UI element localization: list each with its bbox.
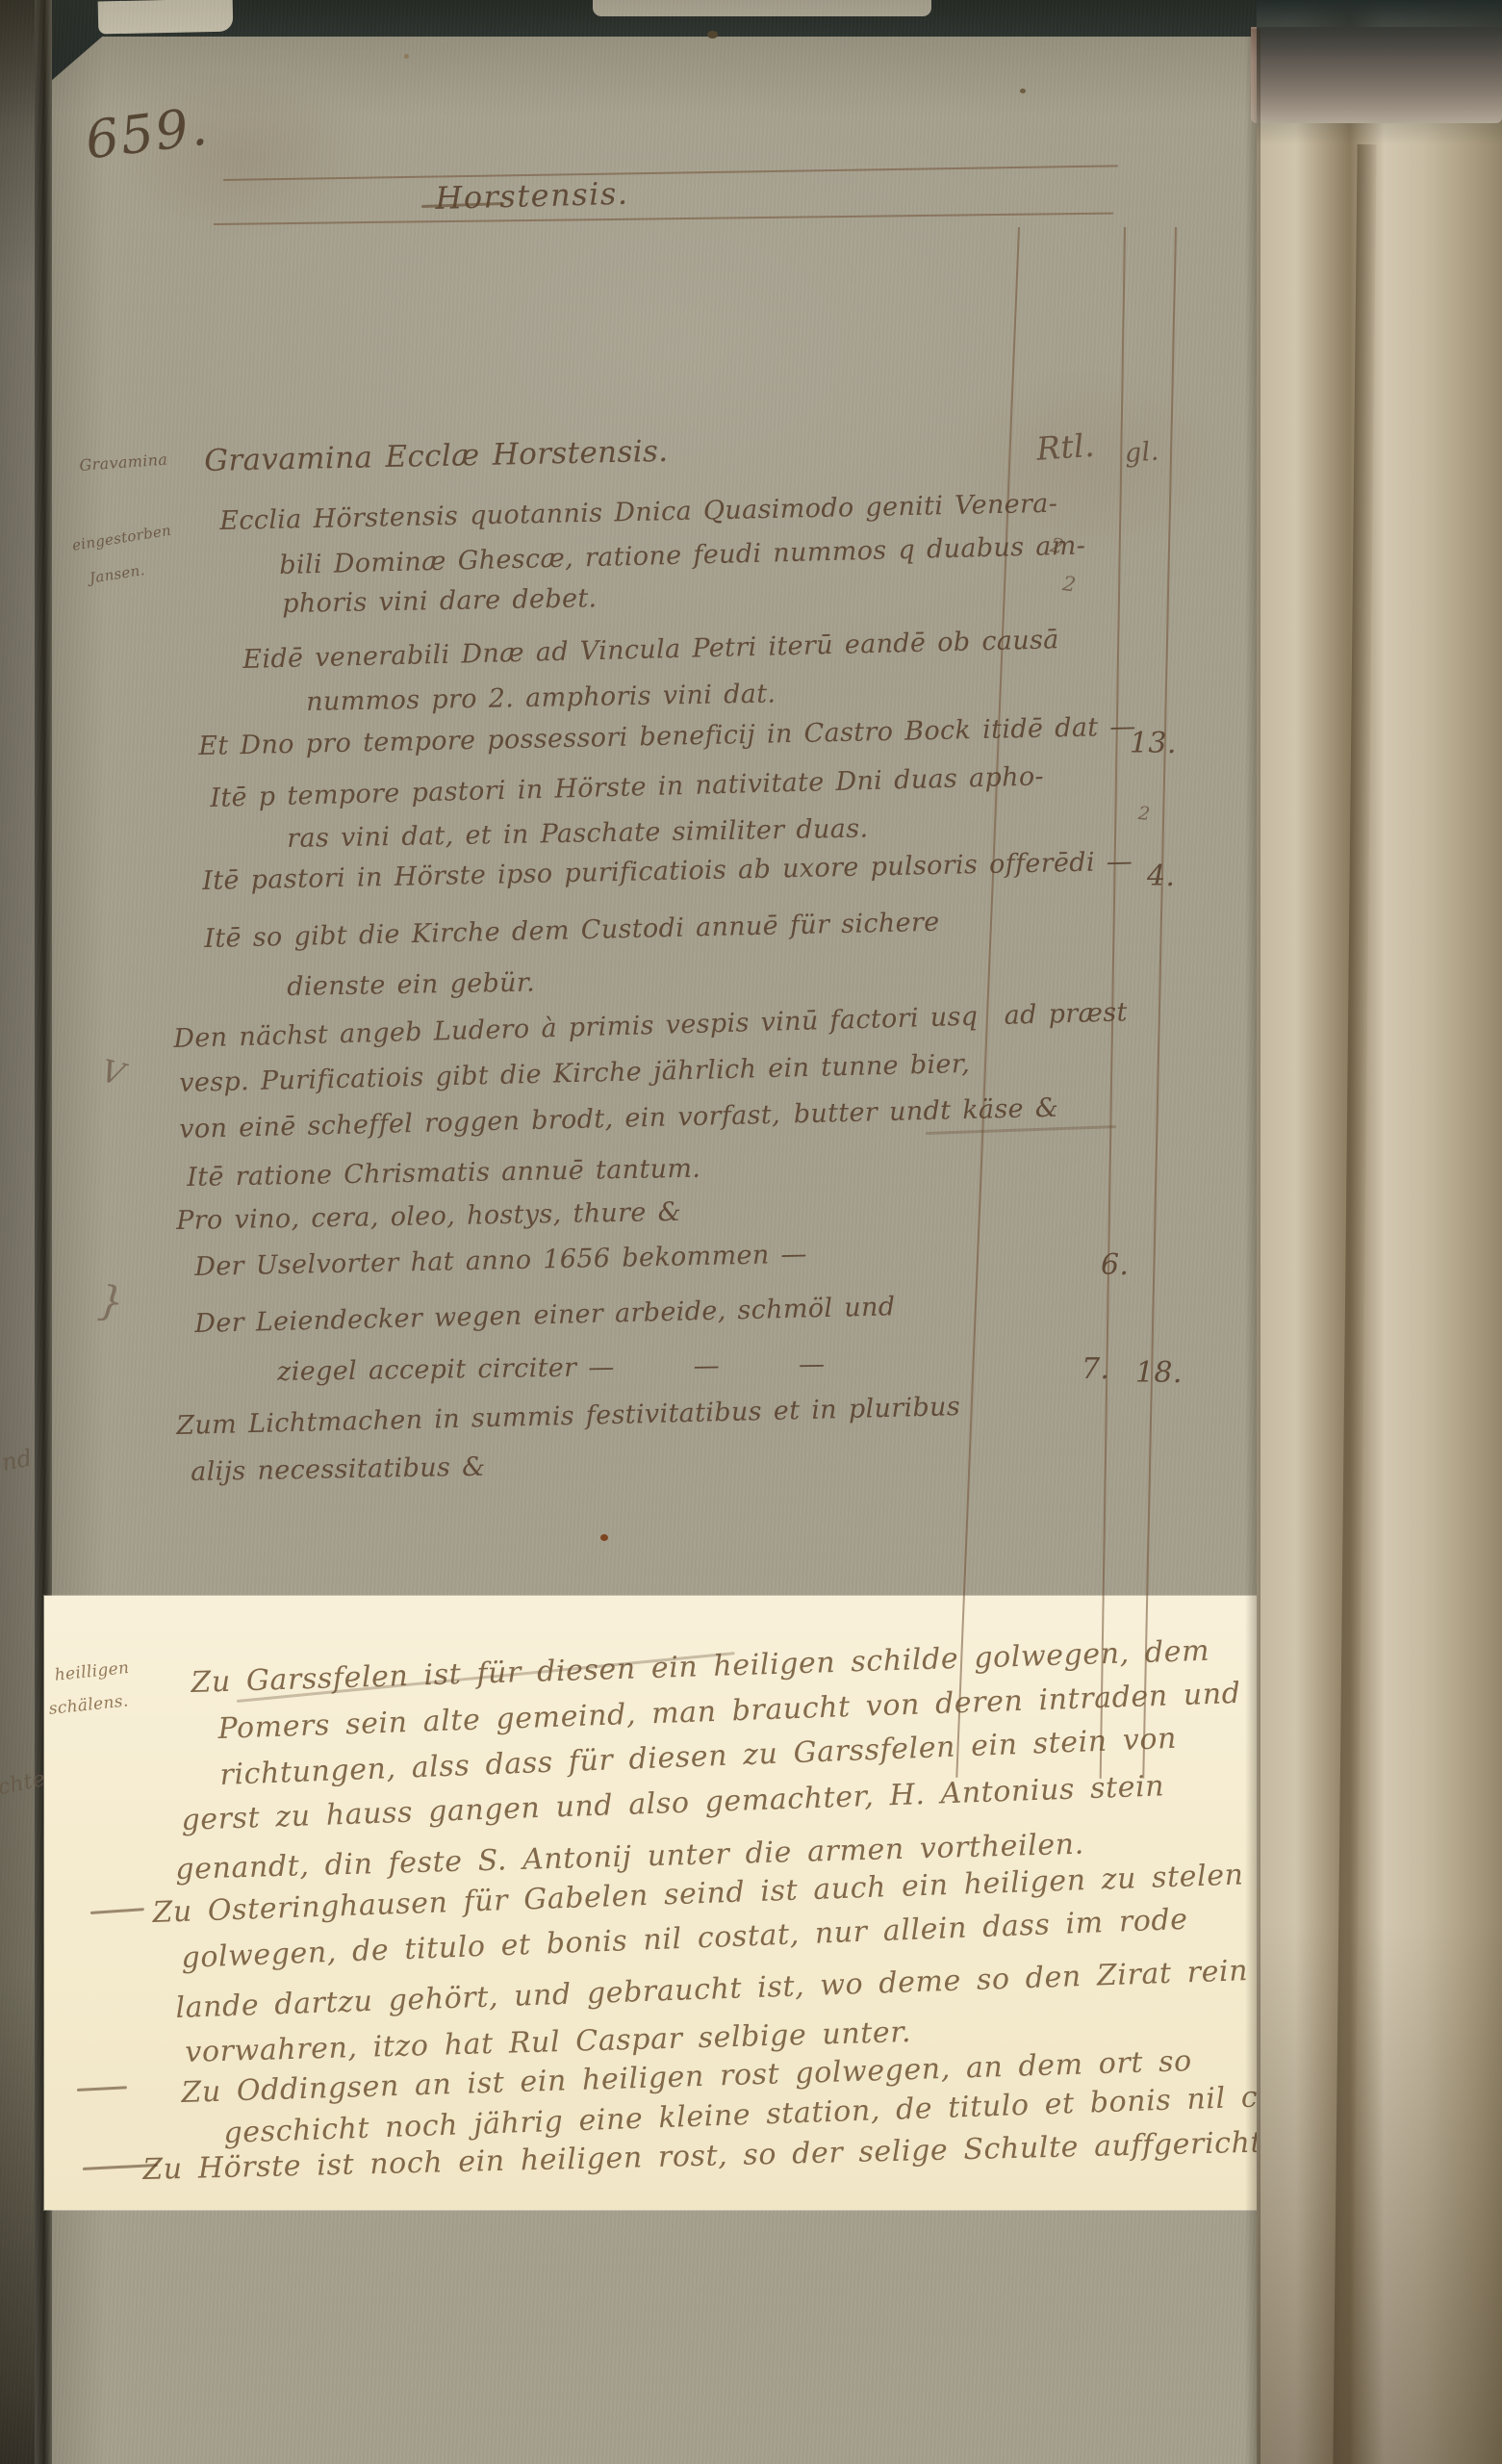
amount-value: 13. xyxy=(1130,730,1177,758)
manuscript-line: dienste ein gebür. xyxy=(287,969,535,999)
manuscript-line: Zum Lichtmachen in summis festivitatibus… xyxy=(176,1394,960,1439)
manuscript-line: Itē so gibt die Kirche dem Custodi annuē… xyxy=(204,910,940,952)
ledger-column-header: gl. xyxy=(1124,439,1159,467)
manuscript-line: Itē ratione Chrismatis annuē tantum. xyxy=(187,1156,700,1191)
manuscript-line: Itē p tempore pastori in Hörste in nativ… xyxy=(210,763,1044,811)
manuscript-line: von einē scheffel roggen brodt, ein vorf… xyxy=(179,1095,1059,1142)
amount-value: 4. xyxy=(1147,862,1175,891)
edge-snippet: nd xyxy=(0,1447,34,1475)
header-rule-bottom xyxy=(214,213,1113,225)
manuscript-line: Der Leiendecker wegen einer arbeide, sch… xyxy=(194,1294,896,1337)
ink-mark: V xyxy=(98,1055,128,1091)
ink-stroke xyxy=(926,1125,1116,1135)
ink-stain-dot xyxy=(1020,89,1026,93)
ink-mark: 2 xyxy=(1061,574,1078,596)
manuscript-line: vesp. Purificatiois gibt die Kirche jähr… xyxy=(179,1051,970,1096)
ink-stain-dot xyxy=(404,54,409,59)
manuscript-line: Ecclia Hörstensis quotannis Dnica Quasim… xyxy=(219,491,1057,534)
amount-value: 6. xyxy=(1101,1251,1129,1280)
ink-stain-dot xyxy=(600,1534,608,1541)
ledger-column-header: Rtl. xyxy=(1035,429,1096,465)
manuscript-line: nummos pro 2. amphoris vini dat. xyxy=(306,680,776,715)
manuscript-line: alijs necessitatibus & xyxy=(191,1454,486,1485)
manuscript-line: bili Dominæ Ghescæ, ratione feudi nummos… xyxy=(279,533,1085,578)
manuscript-line: Eidē venerabili Dnæ ad Vincula Petri ite… xyxy=(242,627,1059,673)
previous-page-edge xyxy=(0,0,38,2464)
manuscript-line: Pro vino, cera, oleo, hostys, thure & xyxy=(176,1199,681,1234)
manuscript-line: Der Uselvorter hat anno 1656 bekommen — xyxy=(194,1242,807,1280)
amount-value: 18. xyxy=(1135,1359,1183,1388)
page-edge-shadow xyxy=(1245,29,1260,2464)
paper-scrap xyxy=(98,0,234,34)
manuscript-line: ras vini dat, et in Paschate similiter d… xyxy=(287,815,869,852)
section-heading: Gravamina Ecclæ Horstensis. xyxy=(204,437,669,476)
ink-stain-dot xyxy=(707,31,718,38)
manuscript-line: Et Dno pro tempore possessori beneficij … xyxy=(198,714,1136,759)
folio-number: 659. xyxy=(83,100,212,167)
manuscript-line: phoris vini dare debet. xyxy=(282,585,598,617)
ink-mark: } xyxy=(96,1280,126,1323)
manuscript-photo: 659. Horstensis. Gravamina Ecclæ Horsten… xyxy=(0,0,1502,2464)
margin-note: Gravamina xyxy=(79,452,168,474)
margin-note: Jansen. xyxy=(89,563,146,586)
manuscript-line: ziegel accepit circiter — — — xyxy=(277,1351,826,1385)
paper-scrap xyxy=(593,0,931,16)
fore-edge-shading xyxy=(1257,0,1502,2464)
amount-value: 7. xyxy=(1082,1355,1109,1384)
margin-note: eingestorben xyxy=(71,524,172,553)
page-header: Horstensis. xyxy=(435,178,629,214)
ink-mark: 2 xyxy=(1137,805,1151,824)
